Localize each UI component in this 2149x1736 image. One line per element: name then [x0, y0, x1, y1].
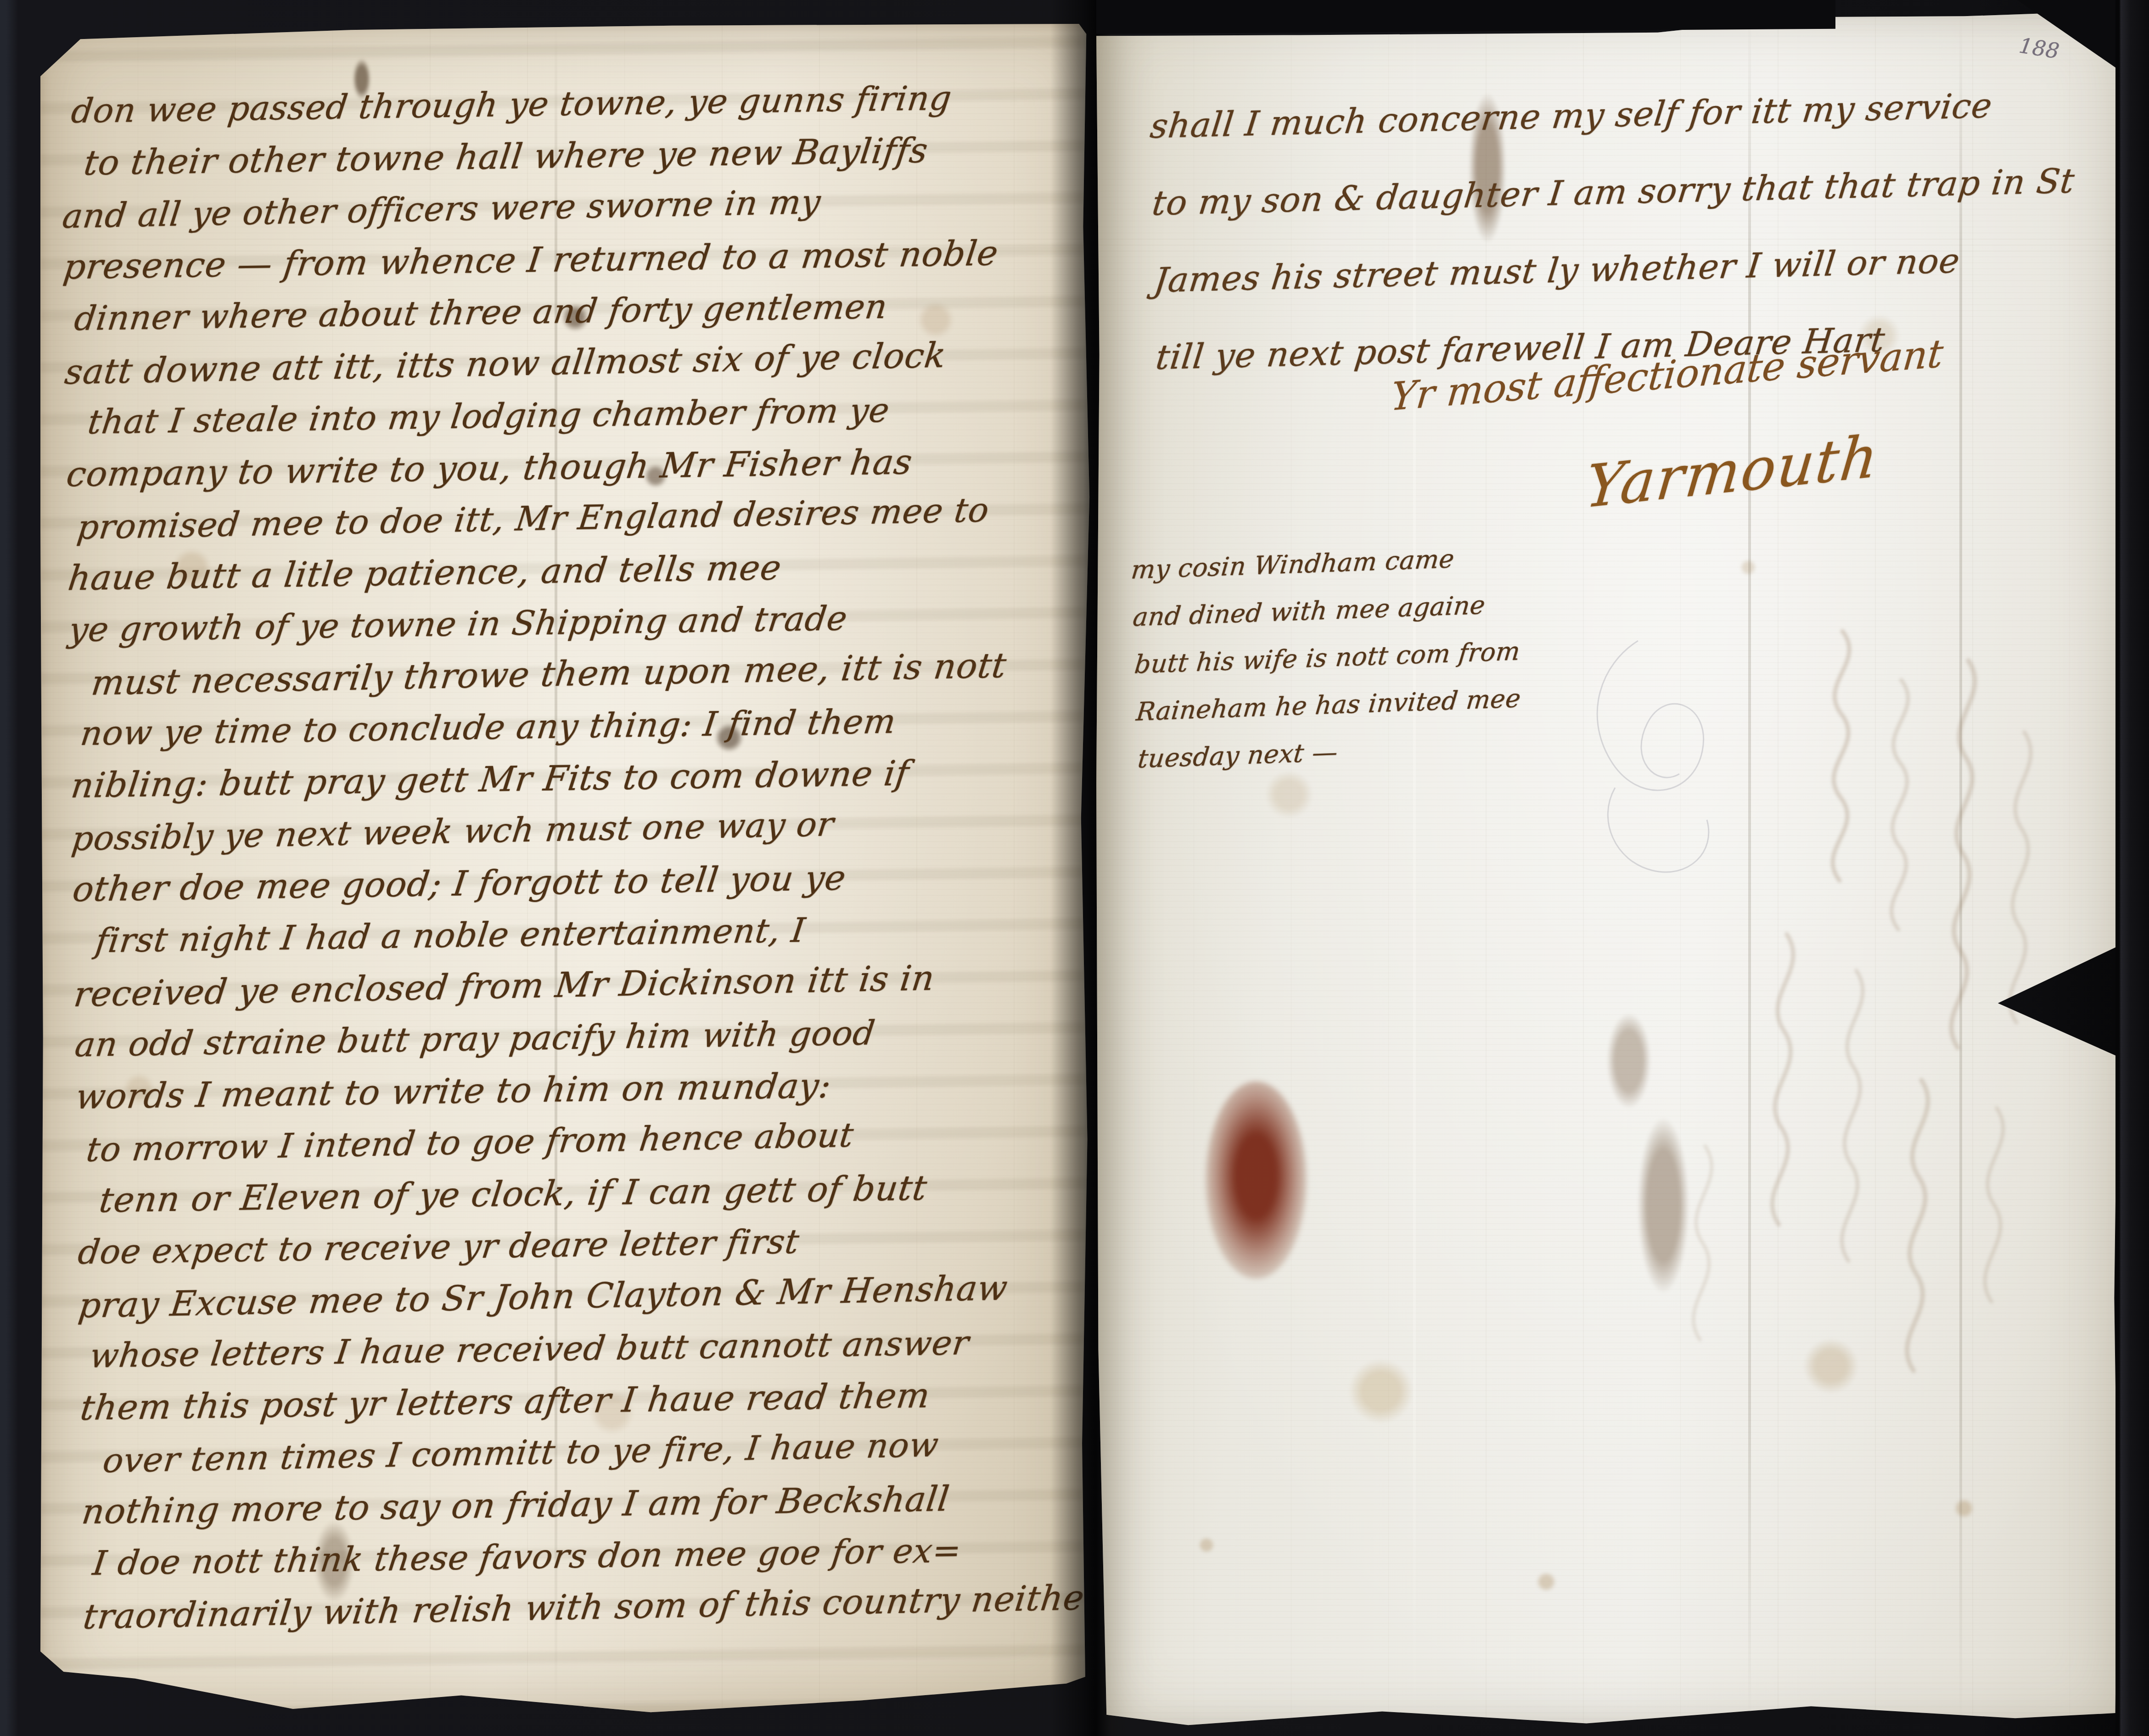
manuscript-scan: don wee passed through ye towne, ye gunn… [0, 0, 2149, 1736]
red-seal-stain [1206, 1081, 1307, 1279]
letter-body-text: don wee passed through ye towne, ye gunn… [57, 71, 1086, 1641]
binding-edge-band [2115, 0, 2149, 1736]
pencil-swirl-mark [1500, 622, 1785, 907]
ghost-show-through-writing [1537, 618, 2106, 1435]
signature-yarmouth: Yarmouth [1582, 422, 1882, 521]
postscript: my cosin Windham came and dined with mee… [1127, 533, 1521, 783]
letter-body-text: shall I much concerne my self for itt my… [1144, 65, 2106, 397]
folio-number: 188 [2017, 33, 2061, 63]
left-page: don wee passed through ye towne, ye gunn… [40, 24, 1093, 1714]
album-mount-strip [1096, 0, 1835, 34]
right-page: 188 shall I much concerne my self for it… [1096, 12, 2117, 1727]
